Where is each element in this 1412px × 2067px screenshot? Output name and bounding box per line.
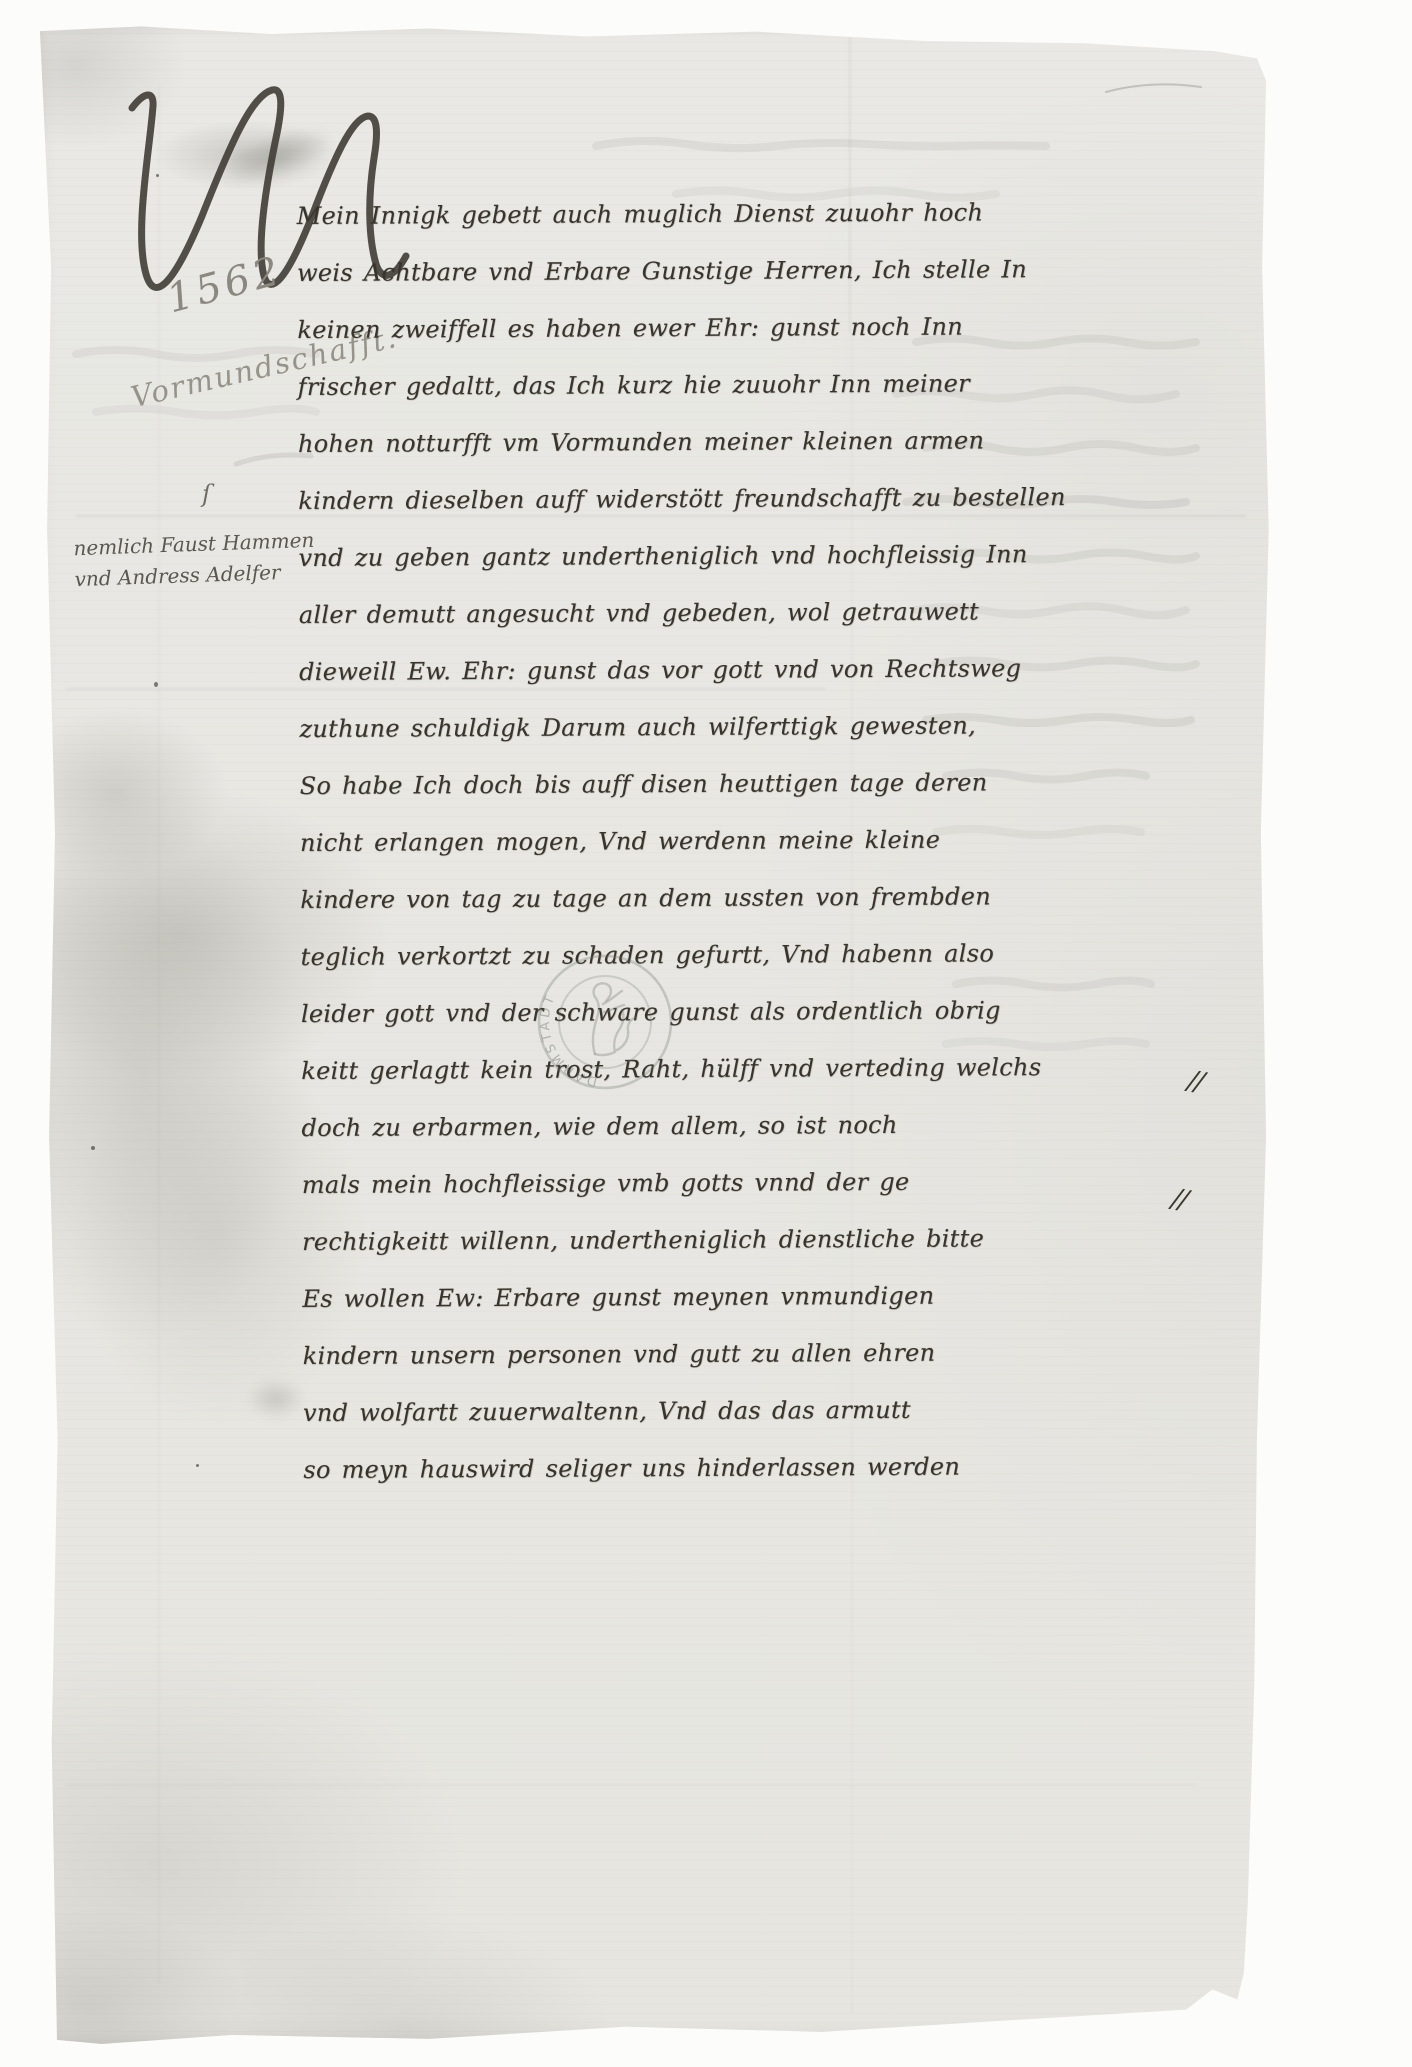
text-line: kindern dieselben auff widerstött freund… bbox=[298, 469, 1066, 530]
fold-crease bbox=[158, 84, 160, 1984]
archive-stamp: DARMSTADT bbox=[525, 942, 685, 1102]
text-line: So habe Ich doch bis auff disen heuttige… bbox=[300, 754, 1068, 815]
paper-speck bbox=[196, 1464, 199, 1467]
text-line: kindere von tag zu tage an dem ussten vo… bbox=[300, 868, 1068, 929]
text-line: zuthune schuldigk Darum auch wilferttigk… bbox=[299, 697, 1067, 758]
text-line: Mein Innigk gebett auch muglich Dienst z… bbox=[297, 184, 1065, 245]
margin-mark: ſ bbox=[202, 480, 211, 508]
letter-body: Mein Innigk gebett auch muglich Dienst z… bbox=[297, 184, 1071, 1499]
text-line: doch zu erbarmen, wie dem allem, so ist … bbox=[301, 1096, 1069, 1157]
text-line: dieweill Ew. Ehr: gunst das vor gott vnd… bbox=[299, 640, 1067, 701]
paper-speck bbox=[91, 1146, 95, 1150]
margin-slash-mark: // bbox=[1169, 1183, 1188, 1216]
text-line: kindern unsern personen vnd gutt zu alle… bbox=[303, 1324, 1071, 1385]
text-line: frischer gedaltt, das Ich kurz hie zuuoh… bbox=[297, 355, 1065, 416]
stain-blotch bbox=[246, 1379, 306, 1419]
text-line: mals mein hochfleissige vmb gotts vnnd d… bbox=[302, 1153, 1070, 1214]
paper-speck bbox=[154, 682, 158, 687]
hessian-lion-icon bbox=[593, 983, 636, 1055]
text-line: vnd zu geben gantz undertheniglich vnd h… bbox=[298, 526, 1066, 587]
text-line: vnd wolfartt zuuerwaltenn, Vnd das das a… bbox=[303, 1381, 1071, 1442]
text-line: weis Achtbare vnd Erbare Gunstige Herren… bbox=[297, 241, 1065, 302]
stamp-text: DARMSTADT bbox=[538, 991, 599, 1088]
text-line: nicht erlangen mogen, Vnd werdenn meine … bbox=[300, 811, 1068, 872]
text-line: aller demutt angesucht vnd gebeden, wol … bbox=[299, 583, 1067, 644]
text-line: rechtigkeitt willenn, undertheniglich di… bbox=[302, 1210, 1070, 1271]
margin-note: nemlich Faust Hammen vnd Andress Adelfer bbox=[73, 525, 316, 595]
text-line: keinen zweiffell es haben ewer Ehr: guns… bbox=[297, 298, 1065, 359]
manuscript-page: 1562 Vormundschafft. ſ nemlich Faust Ham… bbox=[36, 24, 1346, 2046]
fold-crease bbox=[66, 1784, 1196, 1786]
text-line: hohen notturfft vm Vormunden meiner klei… bbox=[298, 412, 1066, 473]
text-line: so meyn hauswird seliger uns hinderlasse… bbox=[303, 1438, 1071, 1499]
margin-slash-mark: // bbox=[1185, 1065, 1204, 1098]
text-line: Es wollen Ew: Erbare gunst meynen vnmund… bbox=[302, 1267, 1070, 1328]
